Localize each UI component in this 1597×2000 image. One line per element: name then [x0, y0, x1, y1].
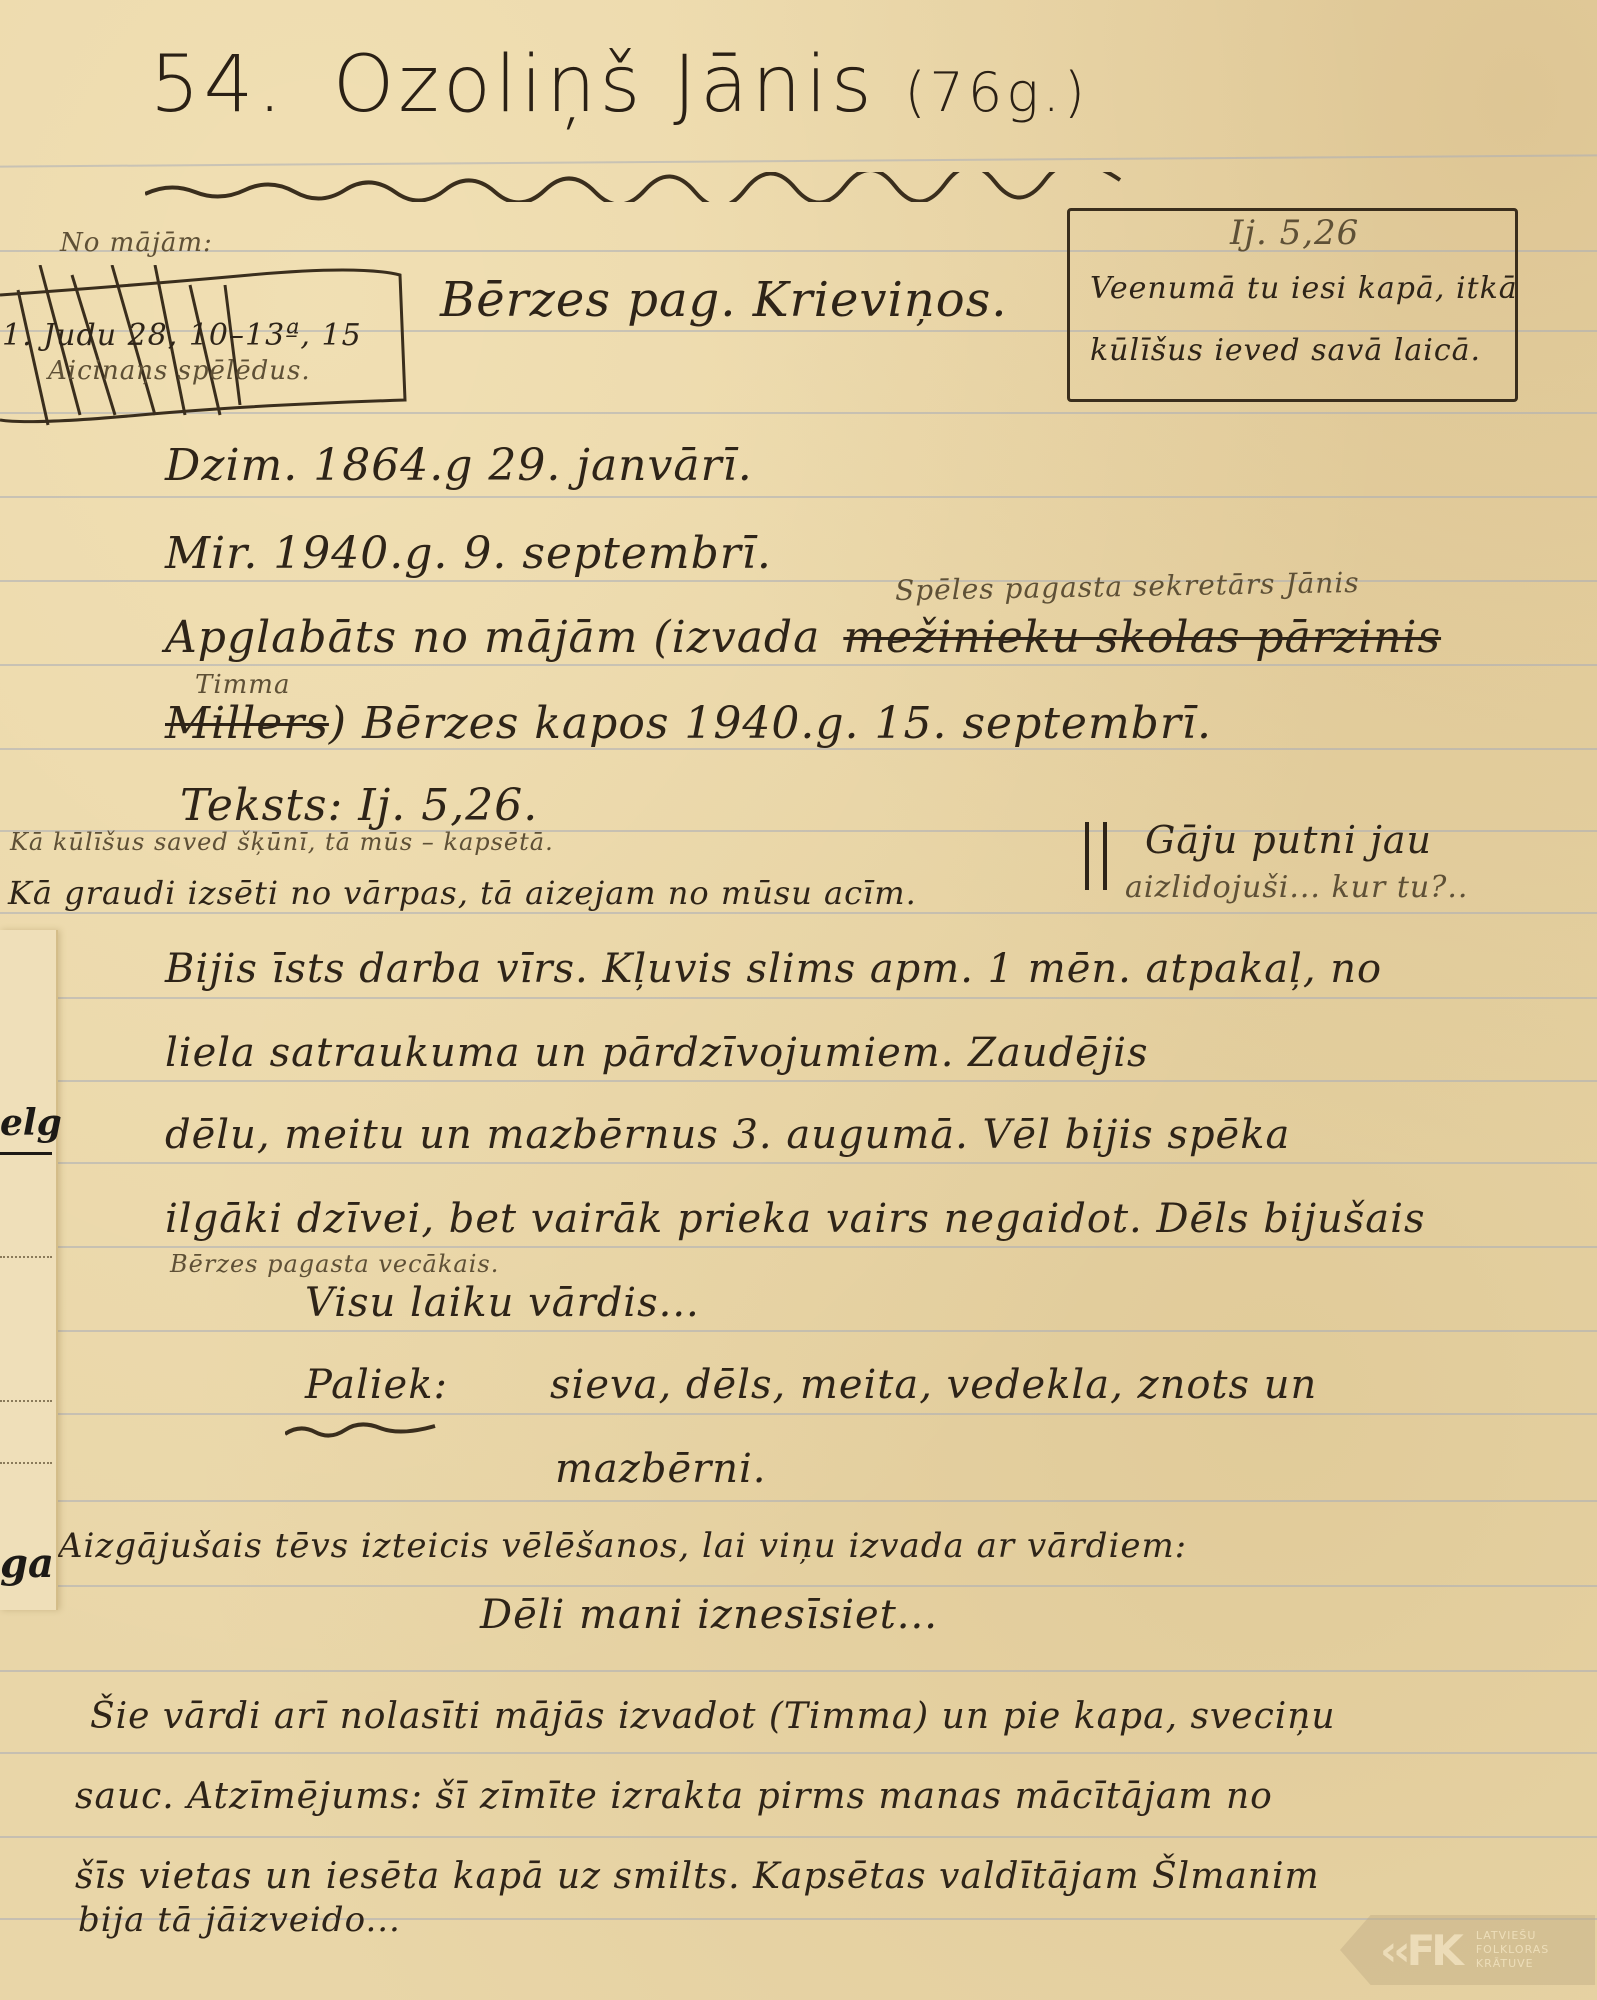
ruled-line — [0, 1585, 1597, 1587]
entry-number: 54. — [150, 40, 286, 130]
burial-text: Apglabāts no mājām (izvada — [165, 612, 820, 663]
ruled-line — [0, 1752, 1597, 1754]
burial-insert: Spēles pagasta sekretārs Jānis — [895, 566, 1360, 607]
ruled-line — [0, 1500, 1597, 1502]
title-underline — [145, 172, 1125, 202]
paragraph-line6: Visu laiku vārdis... — [305, 1280, 700, 1326]
entry-title: 54. Ozoliņš Jānis (76g.) — [150, 40, 1089, 130]
archive-name-line1: LATVIEŠU — [1476, 1929, 1549, 1943]
ruled-line — [0, 997, 1597, 999]
archive-logo-icon: ‹‹FK — [1380, 1926, 1460, 1975]
paragraph-line2: liela satraukuma un pārdzīvojumiem. Zaud… — [165, 1030, 1149, 1076]
survivors-underline — [285, 1420, 445, 1440]
ruled-line — [0, 154, 1597, 167]
ruled-line — [0, 1836, 1597, 1838]
paragraph-line5: Bērzes pagasta vecākais. — [170, 1250, 499, 1278]
wish-line1: Aizgājušais tēvs izteicis vēlēšanos, lai… — [58, 1526, 1187, 1566]
ruled-line — [0, 1330, 1597, 1332]
archive-name: LATVIEŠU FOLKLORAS KRĀTUVE — [1476, 1929, 1549, 1971]
ruled-line — [0, 1080, 1597, 1082]
ruled-line — [0, 912, 1597, 914]
survivors-line1: sieva, dēls, meita, vedekla, znots un — [550, 1362, 1317, 1408]
strip-fragment-bottom: ga — [0, 1540, 54, 1587]
burial-line2: Millers) Bērzes kapos 1940.g. 15. septem… — [165, 698, 1212, 749]
burial-struck-name: Millers — [165, 698, 329, 749]
ruled-line — [0, 1670, 1597, 1672]
table-row-sub: Aicinaņs spēlēdus. — [48, 356, 311, 386]
birth-date: Dzim. 1864.g 29. janvārī. — [165, 440, 753, 491]
side-note-line1: Gāju putni jau — [1145, 818, 1432, 862]
location: Bērzes pag. Krieviņos. — [440, 272, 1008, 328]
strip-dotted-line — [0, 1462, 52, 1464]
strip-fragment-top: elg — [0, 1102, 62, 1144]
burial-struck-text: mežinieku skolas pārzinis — [843, 612, 1441, 663]
final-line4: bija tā jāizveido... — [78, 1900, 401, 1940]
text-reference: Teksts: Ij. 5,26. — [180, 780, 538, 831]
separator-bars — [1085, 822, 1107, 890]
strip-dotted-line — [0, 1256, 52, 1258]
final-line2: sauc. Atzīmējums: šī zīmīte izrakta pirm… — [75, 1776, 1273, 1817]
archive-watermark: ‹‹FK LATVIEŠU FOLKLORAS KRĀTUVE — [1340, 1915, 1595, 1985]
final-line1: Šie vārdi arī nolasīti mājās izvadot (Ti… — [90, 1696, 1336, 1737]
archive-name-line2: FOLKLORAS — [1476, 1943, 1549, 1957]
document-page: 54. Ozoliņš Jānis (76g.) No mājām: 1. Ju… — [0, 0, 1597, 2000]
survivors-label: Paliek: — [305, 1362, 448, 1408]
table-header: No mājām: — [60, 228, 213, 258]
archive-name-line3: KRĀTUVE — [1476, 1957, 1549, 1971]
ruled-line — [0, 664, 1597, 666]
survivors-line2: mazbērni. — [555, 1446, 767, 1492]
burial-line1: Apglabāts no mājām (izvada mežinieku sko… — [165, 612, 1441, 663]
scripture-box: Ij. 5,26 Veenumā tu iesi kapā, itkā kūlī… — [1067, 208, 1518, 402]
death-date: Mir. 1940.g. 9. septembrī. — [165, 528, 772, 579]
ruled-line — [0, 1246, 1597, 1248]
scripture-ref: Ij. 5,26 — [1230, 213, 1359, 253]
person-age: (76g.) — [904, 61, 1088, 124]
scripture-text-line2: kūlīšus ieved savā laicā. — [1090, 333, 1481, 368]
table-row: 1. Judu 28, 10–13ª, 15 — [2, 318, 362, 353]
side-note-line2: aizlidojuši... kur tu?.. — [1125, 870, 1468, 905]
ruled-line — [0, 1413, 1597, 1415]
strip-underline — [0, 1152, 52, 1155]
verse-line1: Kā kūlīšus saved šķūnī, tā mūs – kapsētā… — [10, 828, 554, 856]
paragraph-line4: ilgāki dzīvei, bet vairāk prieka vairs n… — [165, 1196, 1425, 1242]
strip-dotted-line — [0, 1400, 52, 1402]
final-line3: šīs vietas un iesēta kapā uz smilts. Kap… — [75, 1856, 1320, 1897]
paragraph-line1: Bijis īsts darba vīrs. Kļuvis slims apm.… — [165, 946, 1382, 992]
person-name: Ozoliņš Jānis — [333, 40, 876, 130]
burial-place: ) Bērzes kapos 1940.g. 15. septembrī. — [329, 698, 1212, 749]
ruled-line — [0, 1162, 1597, 1164]
ruled-line — [0, 496, 1597, 498]
paragraph-line3: dēlu, meitu un mazbērnus 3. augumā. Vēl … — [165, 1112, 1290, 1158]
wish-line2: Dēli mani iznesīsiet... — [480, 1592, 938, 1638]
pasted-paper-strip: elg ga — [0, 930, 58, 1610]
burial-insert-2: Timma — [195, 670, 290, 700]
verse-line2: Kā graudi izsēti no vārpas, tā aizejam n… — [8, 874, 917, 912]
scripture-text-line1: Veenumā tu iesi kapā, itkā — [1090, 271, 1518, 306]
